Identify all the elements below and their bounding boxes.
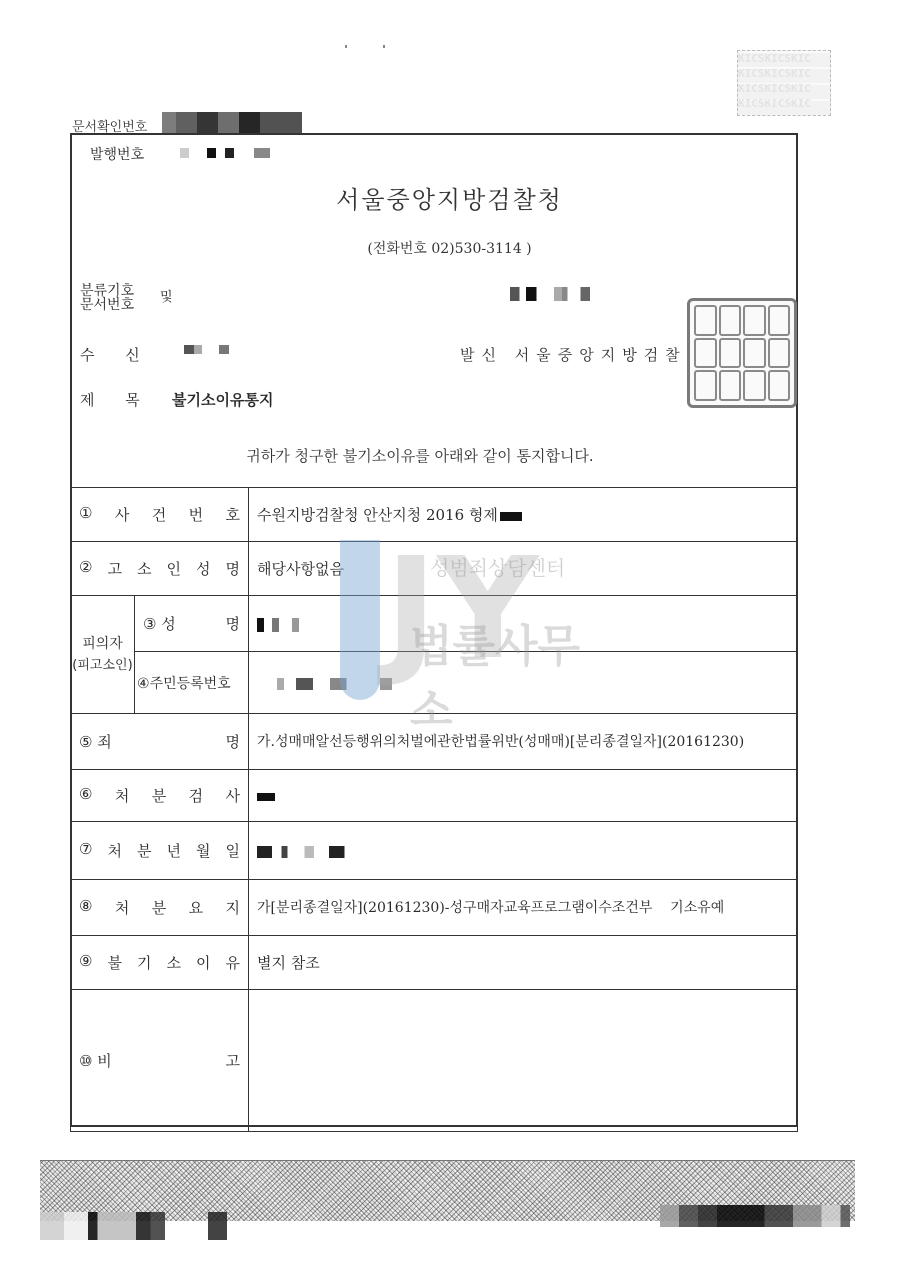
corner-security-stamp: KICSKICSKIC KICSKICSKIC KICSKICSKIC KICS… <box>737 50 831 116</box>
suspect-name-value <box>249 596 798 652</box>
table-row: ⑧처분요지 가[분리종결일자](20161230)-성구매자교육프로그램이수조건… <box>71 880 798 936</box>
row-label-resident-number: ④주민등록번호 <box>135 652 249 714</box>
scan-speck <box>345 45 347 48</box>
prosecutor-value <box>249 770 798 822</box>
complainant-value: 해당사항없음 <box>249 542 798 596</box>
row-label-complainant: ②고소인성명 <box>71 542 249 596</box>
case-number-redacted <box>500 512 522 521</box>
row-label-non-indictment-reason: ⑨불기소이유 <box>71 936 249 990</box>
recipient-label: 수 신 <box>80 344 140 365</box>
suspect-name-redacted <box>257 618 307 632</box>
table-row: 피의자(피고소인) ③ 성명 <box>71 596 798 652</box>
resident-number-value <box>249 652 798 714</box>
suspect-group-label: 피의자(피고소인) <box>71 596 135 714</box>
classification-label-line2: 문서번호 <box>80 298 134 312</box>
intro-text: 귀하가 청구한 불기소이유를 아래와 같이 통지합니다. <box>0 445 800 466</box>
table-row: ④주민등록번호 <box>71 652 798 714</box>
office-title: 서울중앙지방검찰청 <box>0 180 899 215</box>
non-indictment-reason-value: 별지 참조 <box>249 936 798 990</box>
classification-label-line1: 분류기호 <box>80 284 134 298</box>
footer-left-redacted <box>40 1212 280 1240</box>
doc-confirm-number-redacted <box>162 112 302 134</box>
case-number-value: 수원지방검찰청 안산지청 2016 형제 <box>249 488 798 542</box>
row-label-disposition-date: ⑦처분년월일 <box>71 822 249 880</box>
scan-speck <box>383 45 385 48</box>
subject-value: 불기소이유통지 <box>172 389 273 410</box>
official-seal-icon <box>687 298 797 408</box>
notice-table: ①사건번호 수원지방검찰청 안산지청 2016 형제 ②고소인성명 해당사항없음… <box>70 487 798 1132</box>
table-row: ②고소인성명 해당사항없음 <box>71 542 798 596</box>
issue-number-label: 발행번호 <box>90 144 144 164</box>
table-row: ①사건번호 수원지방검찰청 안산지청 2016 형제 <box>71 488 798 542</box>
table-row: ⑨불기소이유 별지 참조 <box>71 936 798 990</box>
recipient-redacted <box>184 345 229 354</box>
disposition-summary-value: 가[분리종결일자](20161230)-성구매자교육프로그램이수조건부 기소유예 <box>249 880 798 936</box>
classification-label: 분류기호 문서번호 <box>80 284 134 312</box>
charge-value: 가.성매매알선등행위의처벌에관한법률위반(성매매)[분리종결일자](201612… <box>249 714 798 770</box>
prosecutor-redacted <box>257 793 275 801</box>
table-row: ⑤ 죄명 가.성매매알선등행위의처벌에관한법률위반(성매매)[분리종결일자](2… <box>71 714 798 770</box>
row-label-disposition-summary: ⑧처분요지 <box>71 880 249 936</box>
table-row: ⑩ 비고 <box>71 990 798 1132</box>
classification-number-redacted <box>510 287 590 301</box>
disposition-date-redacted <box>257 846 352 858</box>
row-label-case-number: ①사건번호 <box>71 488 249 542</box>
footer-right-redacted <box>660 1205 850 1227</box>
table-row: ⑥처분검사 <box>71 770 798 822</box>
subject-label: 제 목 <box>80 389 140 410</box>
row-label-suspect-name: ③ 성명 <box>135 596 249 652</box>
classification-and: 및 <box>160 286 173 305</box>
disposition-date-value <box>249 822 798 880</box>
row-label-charge: ⑤ 죄명 <box>71 714 249 770</box>
issue-number-redacted <box>180 148 270 158</box>
remarks-value <box>249 990 798 1132</box>
office-phone: (전화번호 02)530-3114 ) <box>0 238 899 258</box>
table-row: ⑦처분년월일 <box>71 822 798 880</box>
row-label-remarks: ⑩ 비고 <box>71 990 249 1132</box>
resident-number-redacted <box>277 678 397 690</box>
row-label-prosecutor: ⑥처분검사 <box>71 770 249 822</box>
